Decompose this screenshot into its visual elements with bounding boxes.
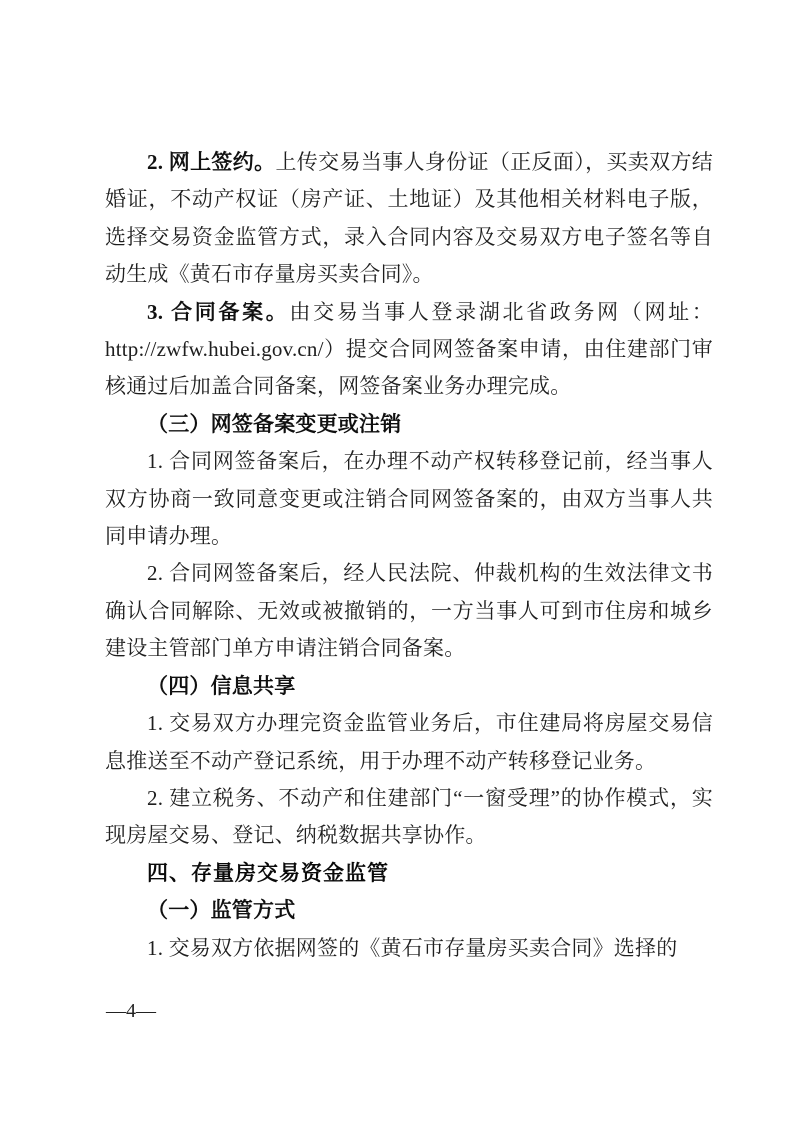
paragraph-contract-filing: 3. 合同备案。由交易当事人登录湖北省政务网（网址：http://zwfw.hu…: [105, 294, 713, 406]
section-heading-text: （三）网签备案变更或注销: [147, 412, 401, 436]
paragraph-text: 2. 合同网签备案后，经人民法院、仲裁机构的生效法律文书确认合同解除、无效或被撤…: [105, 561, 713, 660]
paragraph-supervision-item-1: 1. 交易双方依据网签的《黄石市存量房买卖合同》选择的: [105, 930, 713, 967]
section-heading-supervision-mode: （一）监管方式: [105, 892, 713, 929]
paragraph-info-sharing-item-2: 2. 建立税务、不动产和住建部门“一窗受理”的协作模式，实现房屋交易、登记、纳税…: [105, 780, 713, 855]
document-page: 2. 网上签约。上传交易当事人身份证（正反面），买卖双方结婚证，不动产权证（房产…: [0, 0, 800, 1131]
paragraph-text: 1. 合同网签备案后，在办理不动产权转移登记前，经当事人双方协商一致同意变更或注…: [105, 449, 713, 548]
paragraph-info-sharing-item-1: 1. 交易双方办理完资金监管业务后，市住建局将房屋交易信息推送至不动产登记系统，…: [105, 705, 713, 780]
chapter-heading-text: 四、存量房交易资金监管: [147, 862, 389, 885]
document-body: 2. 网上签约。上传交易当事人身份证（正反面），买卖双方结婚证，不动产权证（房产…: [105, 144, 713, 967]
paragraph-online-signing: 2. 网上签约。上传交易当事人身份证（正反面），买卖双方结婚证，不动产权证（房产…: [105, 144, 713, 294]
section-heading-text: （四）信息共享: [147, 674, 295, 698]
section-heading-text: （一）监管方式: [147, 898, 295, 922]
paragraph-change-item-2: 2. 合同网签备案后，经人民法院、仲裁机构的生效法律文书确认合同解除、无效或被撤…: [105, 555, 713, 667]
section-heading-change-or-cancel: （三）网签备案变更或注销: [105, 406, 713, 443]
paragraph-lead-label: 3. 合同备案。: [147, 300, 289, 324]
page-number: —4—: [106, 1000, 156, 1023]
chapter-heading-fund-supervision: 四、存量房交易资金监管: [105, 855, 713, 892]
paragraph-change-item-1: 1. 合同网签备案后，在办理不动产权转移登记前，经当事人双方协商一致同意变更或注…: [105, 443, 713, 555]
paragraph-text: 1. 交易双方办理完资金监管业务后，市住建局将房屋交易信息推送至不动产登记系统，…: [105, 711, 713, 772]
paragraph-text: 1. 交易双方依据网签的《黄石市存量房买卖合同》选择的: [147, 936, 677, 960]
section-heading-info-sharing: （四）信息共享: [105, 668, 713, 705]
paragraph-lead-label: 2. 网上签约。: [147, 150, 275, 174]
paragraph-text: 2. 建立税务、不动产和住建部门“一窗受理”的协作模式，实现房屋交易、登记、纳税…: [105, 786, 713, 847]
